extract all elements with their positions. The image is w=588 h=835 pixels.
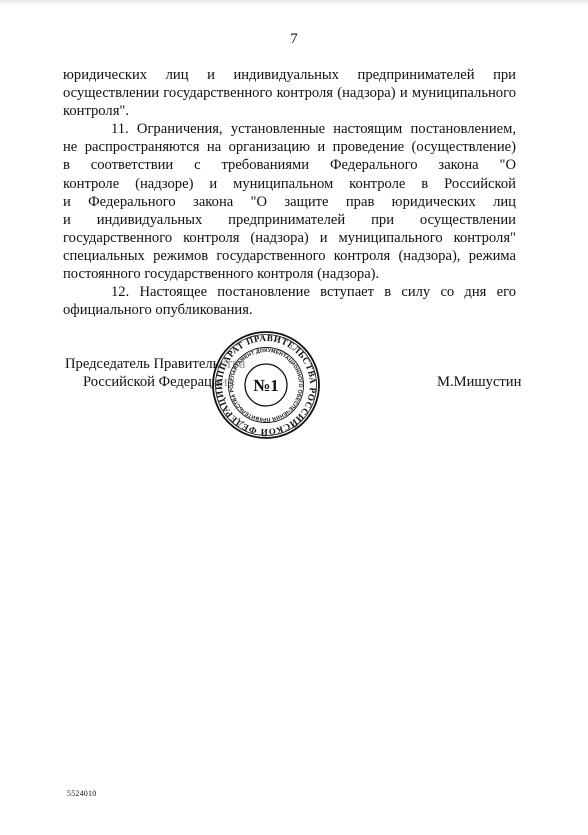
body-line: не распространяются на организацию и про… (63, 138, 516, 156)
body-line: в соответствии с требованиями Федерально… (63, 156, 516, 174)
body-line: контроле (надзоре) и муниципальном контр… (63, 175, 516, 193)
document-body: юридических лиц и индивидуальных предпри… (63, 66, 516, 319)
body-line: 11. Ограничения, установленные настоящим… (63, 120, 516, 138)
body-line: и индивидуальных предпринимателей при ос… (63, 211, 516, 229)
body-line: контроля". (63, 102, 516, 120)
body-line: осуществлении государственного контроля … (63, 84, 516, 102)
stamp-center-text: №1 (253, 376, 279, 395)
official-seal-stamp: АППАРАТ ПРАВИТЕЛЬСТВА РОССИЙСКОЙ ФЕДЕРАЦ… (198, 331, 334, 439)
signatory-name: М.Мишустин (437, 373, 521, 391)
body-line: юридических лиц и индивидуальных предпри… (63, 66, 516, 84)
body-line: официального опубликования. (63, 301, 516, 319)
body-line: специальных режимов государственного кон… (63, 247, 516, 265)
page-number: 7 (0, 31, 588, 48)
document-code: 5524010 (67, 789, 96, 798)
body-line: постоянного государственного контроля (н… (63, 265, 516, 283)
body-line: и Федерального закона "О защите прав юри… (63, 193, 516, 211)
body-line: 12. Настоящее постановление вступает в с… (63, 283, 516, 301)
body-line: государственного контроля (надзора) и му… (63, 229, 516, 247)
page-top-shadow (0, 0, 588, 6)
